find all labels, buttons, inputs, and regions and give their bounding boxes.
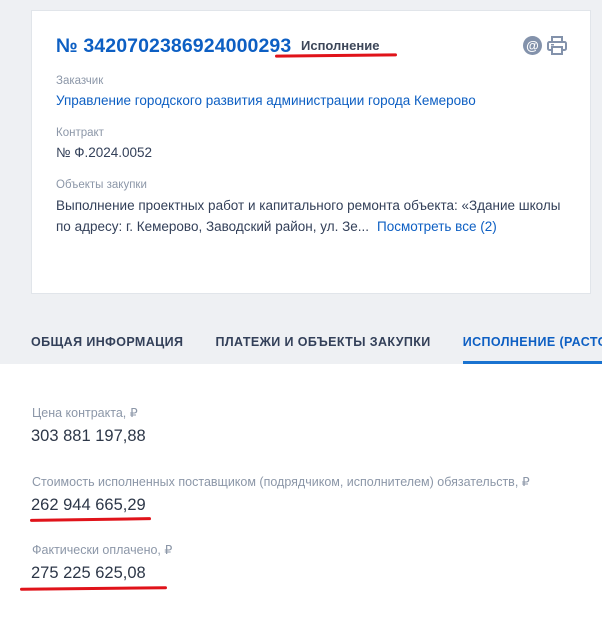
status-badge: Исполнение (301, 38, 379, 53)
tab-execution[interactable]: ИСПОЛНЕНИЕ (РАСТОРЖЕНИЕ) КОНТРАКТА (463, 320, 602, 364)
registry-number[interactable]: № 3420702386924000293 (56, 35, 291, 58)
view-all-link[interactable]: Посмотреть все (2) (377, 219, 497, 234)
tab-bar: ОБЩАЯ ИНФОРМАЦИЯ ПЛАТЕЖИ И ОБЪЕКТЫ ЗАКУП… (31, 320, 602, 364)
vertical-divider (590, 10, 591, 294)
customer-link[interactable]: Управление городского развития администр… (56, 93, 476, 108)
contract-number: № Ф.2024.0052 (56, 145, 152, 160)
actually-paid-value: 275 225 625,08 (31, 564, 146, 583)
fulfilled-cost-label: Стоимость исполненных поставщиком (подря… (32, 474, 530, 489)
tab-payments-objects[interactable]: ПЛАТЕЖИ И ОБЪЕКТЫ ЗАКУПКИ (215, 320, 430, 364)
contract-price-label: Цена контракта, ₽ (32, 405, 138, 420)
tab-general-info[interactable]: ОБЩАЯ ИНФОРМАЦИЯ (31, 320, 183, 364)
annotation-underline-fulfilled (30, 517, 151, 522)
objects-description: Выполнение проектных работ и капитальног… (56, 195, 566, 237)
fulfilled-cost-value: 262 944 665,29 (31, 496, 146, 515)
contract-price-value: 303 881 197,88 (31, 427, 146, 446)
email-at-icon[interactable]: @ (523, 36, 542, 55)
objects-label: Объекты закупки (56, 179, 147, 191)
contract-card: № 3420702386924000293 Исполнение @ Заказ… (31, 10, 591, 294)
annotation-underline-paid (20, 586, 167, 591)
actually-paid-label: Фактически оплачено, ₽ (32, 542, 172, 557)
contract-label: Контракт (56, 127, 104, 139)
customer-label: Заказчик (56, 75, 103, 87)
printer-icon[interactable] (547, 36, 567, 55)
